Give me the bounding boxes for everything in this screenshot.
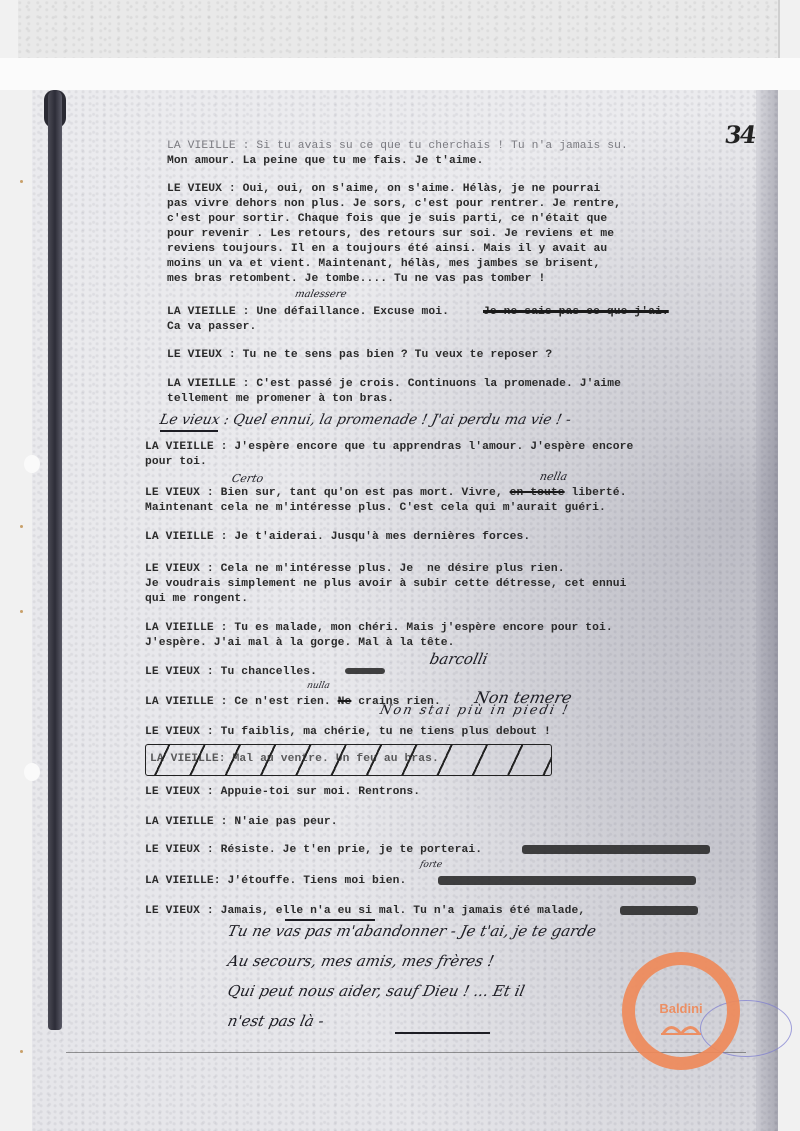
handwritten-line: n'est pas là - xyxy=(226,1012,326,1030)
crossed-out-text xyxy=(438,876,696,885)
dialogue-line: pas vivre dehors non plus. Je sors, c'es… xyxy=(167,197,621,212)
handwritten-underline xyxy=(285,919,375,921)
dialogue-line: LE VIEUX : Résiste. Je t'en prie, je te … xyxy=(145,843,482,858)
dialogue-line: J'espère. J'ai mal à la gorge. Mal à la … xyxy=(145,636,455,651)
handwritten-note: nella xyxy=(539,470,569,483)
handwritten-line: Qui peut nous aider, sauf Dieu ! ... Et … xyxy=(226,982,526,1000)
margin-speck xyxy=(20,1050,23,1053)
dialogue-line: LE VIEUX : Tu faiblis, ma chérie, tu ne … xyxy=(145,725,551,740)
dialogue-line: LE VIEUX : Tu chancelles. xyxy=(145,665,317,680)
crossed-out-text xyxy=(522,845,710,854)
dialogue-line: LE VIEUX : Tu ne te sens pas bien ? Tu v… xyxy=(167,348,552,363)
dialogue-line: LE VIEUX : Oui, oui, on s'aime, on s'aim… xyxy=(167,182,600,197)
dialogue-line: pour toi. xyxy=(145,455,207,470)
text-segment: LA VIEILLE : Ce n'est rien. xyxy=(145,696,338,708)
dialogue-line: LA VIEILLE : Une défaillance. Excuse moi… xyxy=(167,305,449,320)
dialogue-line: c'est pour sortir. Chaque fois que je su… xyxy=(167,212,607,227)
dialogue-line: mes bras retombent. Je tombe.... Tu ne v… xyxy=(167,272,545,287)
page-shadow xyxy=(756,90,778,1131)
handwritten-line: Le vieux : Quel ennui, la promenade ! J'… xyxy=(158,412,572,428)
handwritten-line: Au secours, mes amis, mes frères ! xyxy=(226,952,496,970)
dialogue-line: tellement me promener à ton bras. xyxy=(167,392,394,407)
dialogue-line: moins un va et vient. Maintenant, hélàs,… xyxy=(167,257,600,272)
crossed-out-line: LA VIEILLE: Mal au ventre. Un feu au bra… xyxy=(150,752,439,767)
dialogue-line: LA VIEILLE : Tu es malade, mon chéri. Ma… xyxy=(145,621,613,636)
handwritten-note: malessere xyxy=(294,289,348,300)
punch-hole-icon xyxy=(24,455,40,473)
margin-speck xyxy=(20,180,23,183)
struck-text: en toute xyxy=(510,487,565,499)
baldini-stamp: Baldini xyxy=(622,952,740,1070)
previous-page-edge xyxy=(18,0,780,58)
handwritten-note: Certo xyxy=(231,472,265,485)
binding-bar xyxy=(48,90,62,1030)
book-logo-icon xyxy=(661,1019,701,1035)
margin-speck xyxy=(20,610,23,613)
dialogue-line: LE VIEUX : Bien sur, tant qu'on est pas … xyxy=(145,486,627,501)
dialogue-line: LA VIEILLE : C'est passé je crois. Conti… xyxy=(167,377,621,392)
handwritten-underline xyxy=(160,430,218,432)
handwritten-note: barcolli xyxy=(428,650,489,668)
handwritten-note: forte xyxy=(419,860,443,870)
dialogue-line: LE VIEUX : Cela ne m'intéresse plus. Je … xyxy=(145,562,565,577)
stamp-label: Baldini xyxy=(635,1001,727,1016)
dialogue-line: LA VIEILLE : J'espère encore que tu appr… xyxy=(145,440,633,455)
struck-text: Je ne sais pas ce que j'ai. xyxy=(483,305,669,320)
handwritten-note: Non stai più in piedi ! xyxy=(378,703,571,718)
dialogue-line: LE VIEUX : Appuie-toi sur moi. Rentrons. xyxy=(145,785,420,800)
crossed-out-text xyxy=(620,906,698,915)
dialogue-line: LA VIEILLE: J'étouffe. Tiens moi bien. xyxy=(145,874,406,889)
scan-gap xyxy=(0,58,800,90)
dialogue-line: LE VIEUX : Jamais, elle n'a eu si mal. T… xyxy=(145,904,585,919)
dialogue-line: Ca va passer. xyxy=(167,320,256,335)
handwritten-note: nulla xyxy=(306,681,331,691)
dialogue-line: qui me rongent. xyxy=(145,592,248,607)
margin-speck xyxy=(20,525,23,528)
dialogue-line: LA VIEILLE : Si tu avais su ce que tu ch… xyxy=(167,139,628,154)
struck-text: Ne xyxy=(338,696,352,708)
handwritten-line: Tu ne vas pas m'abandonner - Je t'ai, je… xyxy=(226,922,598,940)
dialogue-line: pour revenir . Les retours, des retours … xyxy=(167,227,614,242)
page-number: 34 xyxy=(723,120,756,149)
dialogue-line: LA VIEILLE : Je t'aiderai. Jusqu'à mes d… xyxy=(145,530,530,545)
punch-hole-icon xyxy=(24,763,40,781)
text-segment: liberté. xyxy=(565,487,627,499)
crossed-out-word xyxy=(345,668,385,674)
handwritten-underline xyxy=(395,1032,490,1034)
dialogue-line: reviens toujours. Il en a toujours été a… xyxy=(167,242,607,257)
dialogue-line: LA VIEILLE : N'aie pas peur. xyxy=(145,815,338,830)
text-segment: LE VIEUX : Bien sur, tant qu'on est pas … xyxy=(145,487,510,499)
dialogue-line: Maintenant cela ne m'intéresse plus. C'e… xyxy=(145,501,606,516)
dialogue-line: Mon amour. La peine que tu me fais. Je t… xyxy=(167,154,483,169)
dialogue-line: Je voudrais simplement ne plus avoir à s… xyxy=(145,577,627,592)
